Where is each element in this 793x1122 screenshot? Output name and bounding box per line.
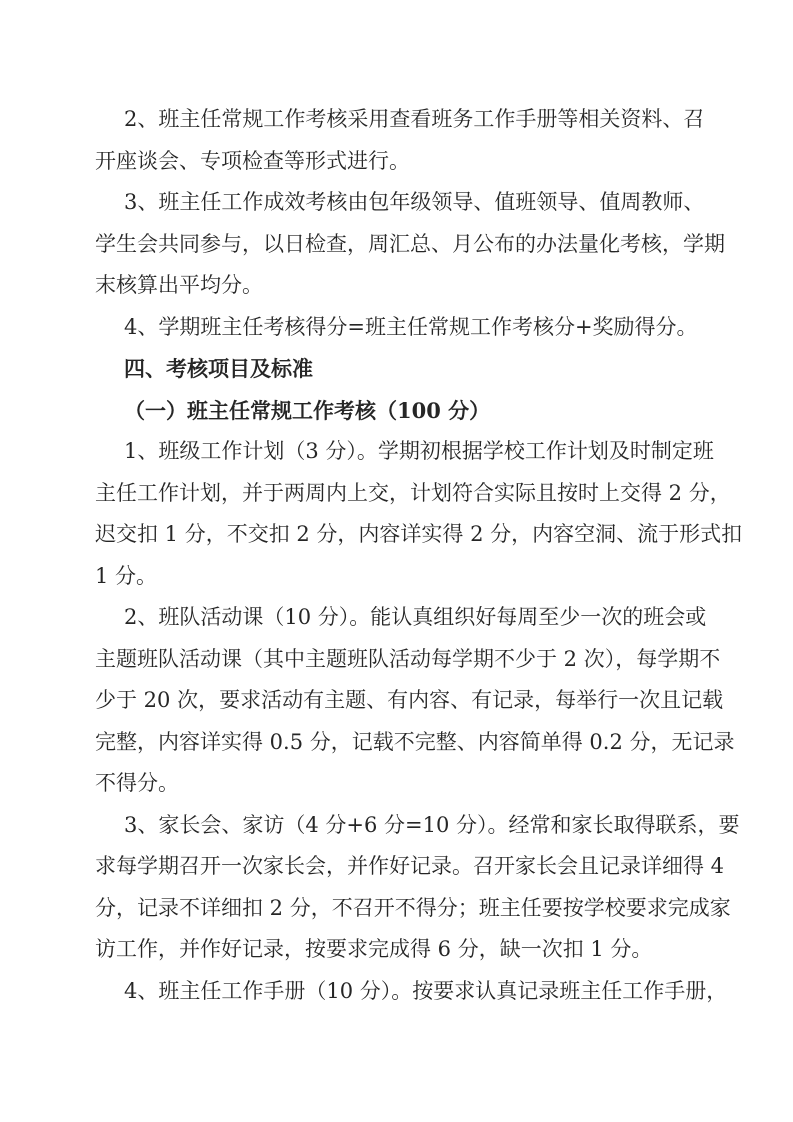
text-line: 不得分。 (95, 763, 697, 805)
text-line: 末核算出平均分。 (95, 265, 697, 307)
heading-subsection-one: （一）班主任常规工作考核（100 分） (95, 390, 697, 432)
document-content: 2、班主任常规工作考核采用查看班务工作手册等相关资料、召开座谈会、专项检查等形式… (95, 99, 697, 1012)
text-line: 主题班队活动课（其中主题班队活动每学期不少于 2 次），每学期不 (95, 639, 697, 681)
text-line: 1 分。 (95, 556, 697, 598)
text-line: 4、班主任工作手册（10 分）。按要求认真记录班主任工作手册， (95, 971, 697, 1013)
text-line: 分，记录不详细扣 2 分，不召开不得分；班主任要按学校要求完成家 (95, 888, 697, 930)
text-line: 迟交扣 1 分，不交扣 2 分，内容详实得 2 分，内容空洞、流于形式扣 (95, 514, 697, 556)
para-regular-assessment-method: 2、班主任常规工作考核采用查看班务工作手册等相关资料、召开座谈会、专项检查等形式… (95, 99, 697, 182)
text-line: 学生会共同参与，以日检查，周汇总、月公布的办法量化考核，学期 (95, 224, 697, 266)
text-line: （一）班主任常规工作考核（100 分） (95, 390, 697, 432)
heading-section-four: 四、考核项目及标准 (95, 348, 697, 390)
text-line: 少于 20 次，要求活动有主题、有内容、有记录，每举行一次且记载 (95, 680, 697, 722)
para-item-3-parent-meeting-home-visit: 3、家长会、家访（4 分+6 分=10 分）。经常和家长取得联系，要求每学期召开… (95, 805, 697, 971)
text-line: 2、班主任常规工作考核采用查看班务工作手册等相关资料、召 (95, 99, 697, 141)
text-line: 四、考核项目及标准 (95, 348, 697, 390)
text-line: 3、班主任工作成效考核由包年级领导、值班领导、值周教师、 (95, 182, 697, 224)
text-line: 开座谈会、专项检查等形式进行。 (95, 141, 697, 183)
text-line: 4、学期班主任考核得分=班主任常规工作考核分+奖励得分。 (95, 307, 697, 349)
para-item-4-work-handbook: 4、班主任工作手册（10 分）。按要求认真记录班主任工作手册， (95, 971, 697, 1013)
text-line: 求每学期召开一次家长会，并作好记录。召开家长会且记录详细得 4 (95, 846, 697, 888)
text-line: 访工作，并作好记录，按要求完成得 6 分，缺一次扣 1 分。 (95, 929, 697, 971)
text-line: 2、班队活动课（10 分）。能认真组织好每周至少一次的班会或 (95, 597, 697, 639)
text-line: 3、家长会、家访（4 分+6 分=10 分）。经常和家长取得联系，要 (95, 805, 697, 847)
para-item-1-class-work-plan: 1、班级工作计划（3 分）。学期初根据学校工作计划及时制定班主任工作计划，并于两… (95, 431, 697, 597)
para-effectiveness-assessment: 3、班主任工作成效考核由包年级领导、值班领导、值周教师、学生会共同参与，以日检查… (95, 182, 697, 307)
document-page: 2、班主任常规工作考核采用查看班务工作手册等相关资料、召开座谈会、专项检查等形式… (0, 0, 793, 1122)
para-item-2-class-activity: 2、班队活动课（10 分）。能认真组织好每周至少一次的班会或主题班队活动课（其中… (95, 597, 697, 805)
text-line: 1、班级工作计划（3 分）。学期初根据学校工作计划及时制定班 (95, 431, 697, 473)
text-line: 完整，内容详实得 0.5 分，记载不完整、内容简单得 0.2 分，无记录 (95, 722, 697, 764)
text-line: 主任工作计划，并于两周内上交，计划符合实际且按时上交得 2 分， (95, 473, 697, 515)
para-score-formula: 4、学期班主任考核得分=班主任常规工作考核分+奖励得分。 (95, 307, 697, 349)
